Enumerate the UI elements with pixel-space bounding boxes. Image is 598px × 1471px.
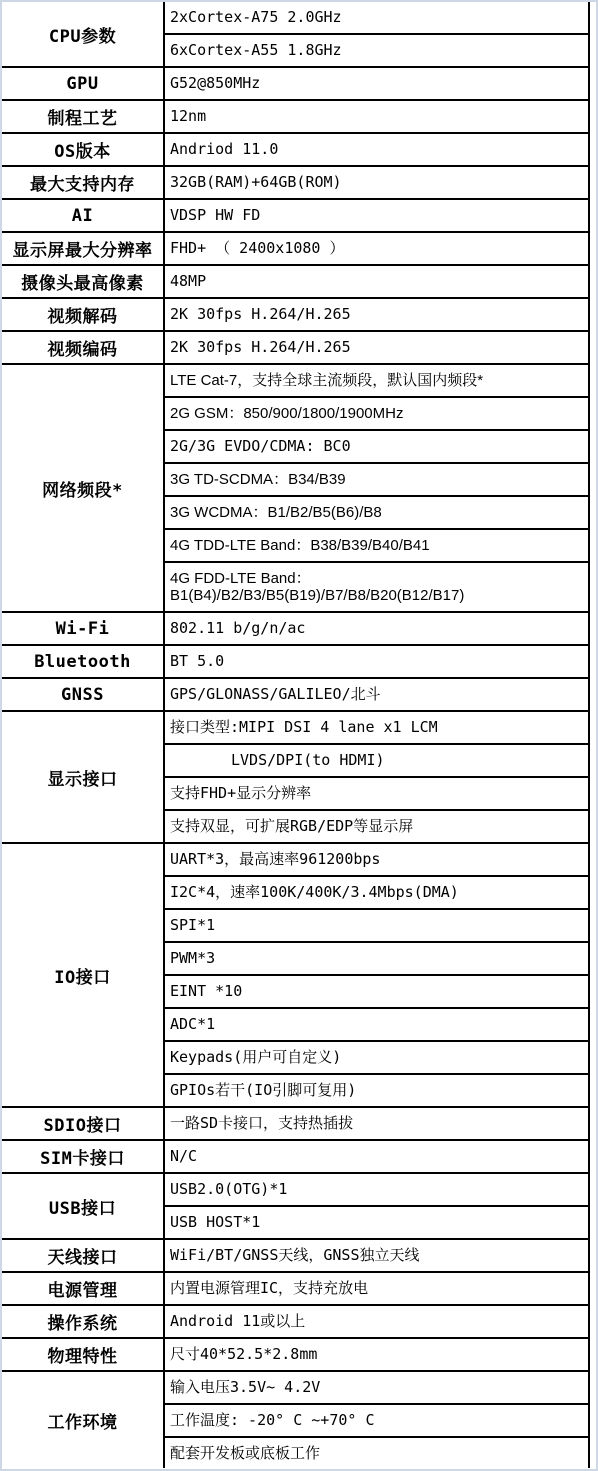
spec-label: 视频编码 <box>2 331 164 364</box>
spec-value: I2C*4，速率100K/400K/3.4Mbps(DMA) <box>164 876 589 909</box>
spec-value: USB HOST*1 <box>164 1206 589 1239</box>
spec-value: UART*3，最高速率961200bps <box>164 843 589 876</box>
table-row: 物理特性 尺寸40*52.5*2.8mm <box>2 1338 589 1371</box>
spec-value: 32GB(RAM)+64GB(ROM) <box>164 166 589 199</box>
spec-table: CPU参数 2xCortex-A75 2.0GHz 6xCortex-A55 1… <box>2 2 590 1468</box>
spec-value: N/C <box>164 1140 589 1173</box>
table-row: AI VDSP HW FD <box>2 199 589 232</box>
spec-value: LTE Cat-7，支持全球主流频段，默认国内频段* <box>164 364 589 397</box>
spec-label: 网络频段* <box>2 364 164 612</box>
table-row: SIM卡接口 N/C <box>2 1140 589 1173</box>
spec-value: GPS/GLONASS/GALILEO/北斗 <box>164 678 589 711</box>
table-row: 显示接口 接口类型:MIPI DSI 4 lane x1 LCM <box>2 711 589 744</box>
spec-label: 显示接口 <box>2 711 164 843</box>
spec-value: 6xCortex-A55 1.8GHz <box>164 34 589 67</box>
spec-value: Keypads(用户可自定义) <box>164 1041 589 1074</box>
spec-label: AI <box>2 199 164 232</box>
spec-value: 3G TD-SCDMA：B34/B39 <box>164 463 589 496</box>
spec-value: 4G FDD-LTE Band：B1(B4)/B2/B3/B5(B19)/B7/… <box>164 562 589 612</box>
spec-value: 2K 30fps H.264/H.265 <box>164 331 589 364</box>
table-row: 摄像头最高像素 48MP <box>2 265 589 298</box>
spec-label: 物理特性 <box>2 1338 164 1371</box>
spec-value: PWM*3 <box>164 942 589 975</box>
table-row: OS版本 Andriod 11.0 <box>2 133 589 166</box>
spec-label: GNSS <box>2 678 164 711</box>
spec-label: GPU <box>2 67 164 100</box>
spec-value: 2K 30fps H.264/H.265 <box>164 298 589 331</box>
spec-value: 48MP <box>164 265 589 298</box>
spec-value: 支持FHD+显示分辨率 <box>164 777 589 810</box>
spec-value: 2xCortex-A75 2.0GHz <box>164 2 589 34</box>
spec-value: 802.11 b/g/n/ac <box>164 612 589 645</box>
spec-label: Wi-Fi <box>2 612 164 645</box>
spec-value: 一路SD卡接口，支持热插拔 <box>164 1107 589 1140</box>
table-row: SDIO接口 一路SD卡接口，支持热插拔 <box>2 1107 589 1140</box>
table-row: USB接口 USB2.0(OTG)*1 <box>2 1173 589 1206</box>
spec-value: 2G/3G EVDO/CDMA: BC0 <box>164 430 589 463</box>
table-row: 最大支持内存 32GB(RAM)+64GB(ROM) <box>2 166 589 199</box>
spec-value: 2G GSM：850/900/1800/1900MHz <box>164 397 589 430</box>
spec-value: 接口类型:MIPI DSI 4 lane x1 LCM <box>164 711 589 744</box>
spec-value: LVDS/DPI(to HDMI) <box>164 744 589 777</box>
spec-value: Andriod 11.0 <box>164 133 589 166</box>
table-row: 天线接口 WiFi/BT/GNSS天线，GNSS独立天线 <box>2 1239 589 1272</box>
table-row: 显示屏最大分辨率 FHD+ （ 2400x1080 ） <box>2 232 589 265</box>
table-row: 视频解码 2K 30fps H.264/H.265 <box>2 298 589 331</box>
spec-value: 内置电源管理IC，支持充放电 <box>164 1272 589 1305</box>
table-row: IO接口 UART*3，最高速率961200bps <box>2 843 589 876</box>
table-row: CPU参数 2xCortex-A75 2.0GHz <box>2 2 589 34</box>
spec-label: 视频解码 <box>2 298 164 331</box>
spec-value: USB2.0(OTG)*1 <box>164 1173 589 1206</box>
spec-label: OS版本 <box>2 133 164 166</box>
spec-table-sheet: CPU参数 2xCortex-A75 2.0GHz 6xCortex-A55 1… <box>2 2 590 1468</box>
table-row: 视频编码 2K 30fps H.264/H.265 <box>2 331 589 364</box>
spec-label: 制程工艺 <box>2 100 164 133</box>
table-row: Bluetooth BT 5.0 <box>2 645 589 678</box>
spec-label: 电源管理 <box>2 1272 164 1305</box>
spec-value: 输入电压3.5V~ 4.2V <box>164 1371 589 1404</box>
spec-label: 天线接口 <box>2 1239 164 1272</box>
table-row: GNSS GPS/GLONASS/GALILEO/北斗 <box>2 678 589 711</box>
spec-label: 摄像头最高像素 <box>2 265 164 298</box>
spec-value: G52@850MHz <box>164 67 589 100</box>
spec-value: 尺寸40*52.5*2.8mm <box>164 1338 589 1371</box>
spec-value: 配套开发板或底板工作 <box>164 1437 589 1468</box>
spec-value: 工作温度: -20° C ~+70° C <box>164 1404 589 1437</box>
spec-value: SPI*1 <box>164 909 589 942</box>
spec-label: 显示屏最大分辨率 <box>2 232 164 265</box>
table-row: 电源管理 内置电源管理IC，支持充放电 <box>2 1272 589 1305</box>
spec-label: USB接口 <box>2 1173 164 1239</box>
spec-label: 工作环境 <box>2 1371 164 1468</box>
table-row: 网络频段* LTE Cat-7，支持全球主流频段，默认国内频段* <box>2 364 589 397</box>
table-row: Wi-Fi 802.11 b/g/n/ac <box>2 612 589 645</box>
spec-value: EINT *10 <box>164 975 589 1008</box>
spec-label: SDIO接口 <box>2 1107 164 1140</box>
spec-value: 3G WCDMA：B1/B2/B5(B6)/B8 <box>164 496 589 529</box>
spec-label: CPU参数 <box>2 2 164 67</box>
spec-label: 操作系统 <box>2 1305 164 1338</box>
spec-value: 4G TDD-LTE Band：B38/B39/B40/B41 <box>164 529 589 562</box>
spec-sheet-page: { "colors": { "grid_border": "#000000", … <box>0 0 598 1471</box>
spec-value: ADC*1 <box>164 1008 589 1041</box>
table-row: 工作环境 输入电压3.5V~ 4.2V <box>2 1371 589 1404</box>
table-row: GPU G52@850MHz <box>2 67 589 100</box>
spec-value: VDSP HW FD <box>164 199 589 232</box>
spec-label: IO接口 <box>2 843 164 1107</box>
spec-value: WiFi/BT/GNSS天线，GNSS独立天线 <box>164 1239 589 1272</box>
spec-label: 最大支持内存 <box>2 166 164 199</box>
spec-value: GPIOs若干(IO引脚可复用) <box>164 1074 589 1107</box>
spec-value: Android 11或以上 <box>164 1305 589 1338</box>
table-row: 操作系统 Android 11或以上 <box>2 1305 589 1338</box>
spec-label: SIM卡接口 <box>2 1140 164 1173</box>
spec-label: Bluetooth <box>2 645 164 678</box>
spec-value: BT 5.0 <box>164 645 589 678</box>
spec-value: 支持双显，可扩展RGB/EDP等显示屏 <box>164 810 589 843</box>
spec-value: FHD+ （ 2400x1080 ） <box>164 232 589 265</box>
table-row: 制程工艺 12nm <box>2 100 589 133</box>
spec-value: 12nm <box>164 100 589 133</box>
